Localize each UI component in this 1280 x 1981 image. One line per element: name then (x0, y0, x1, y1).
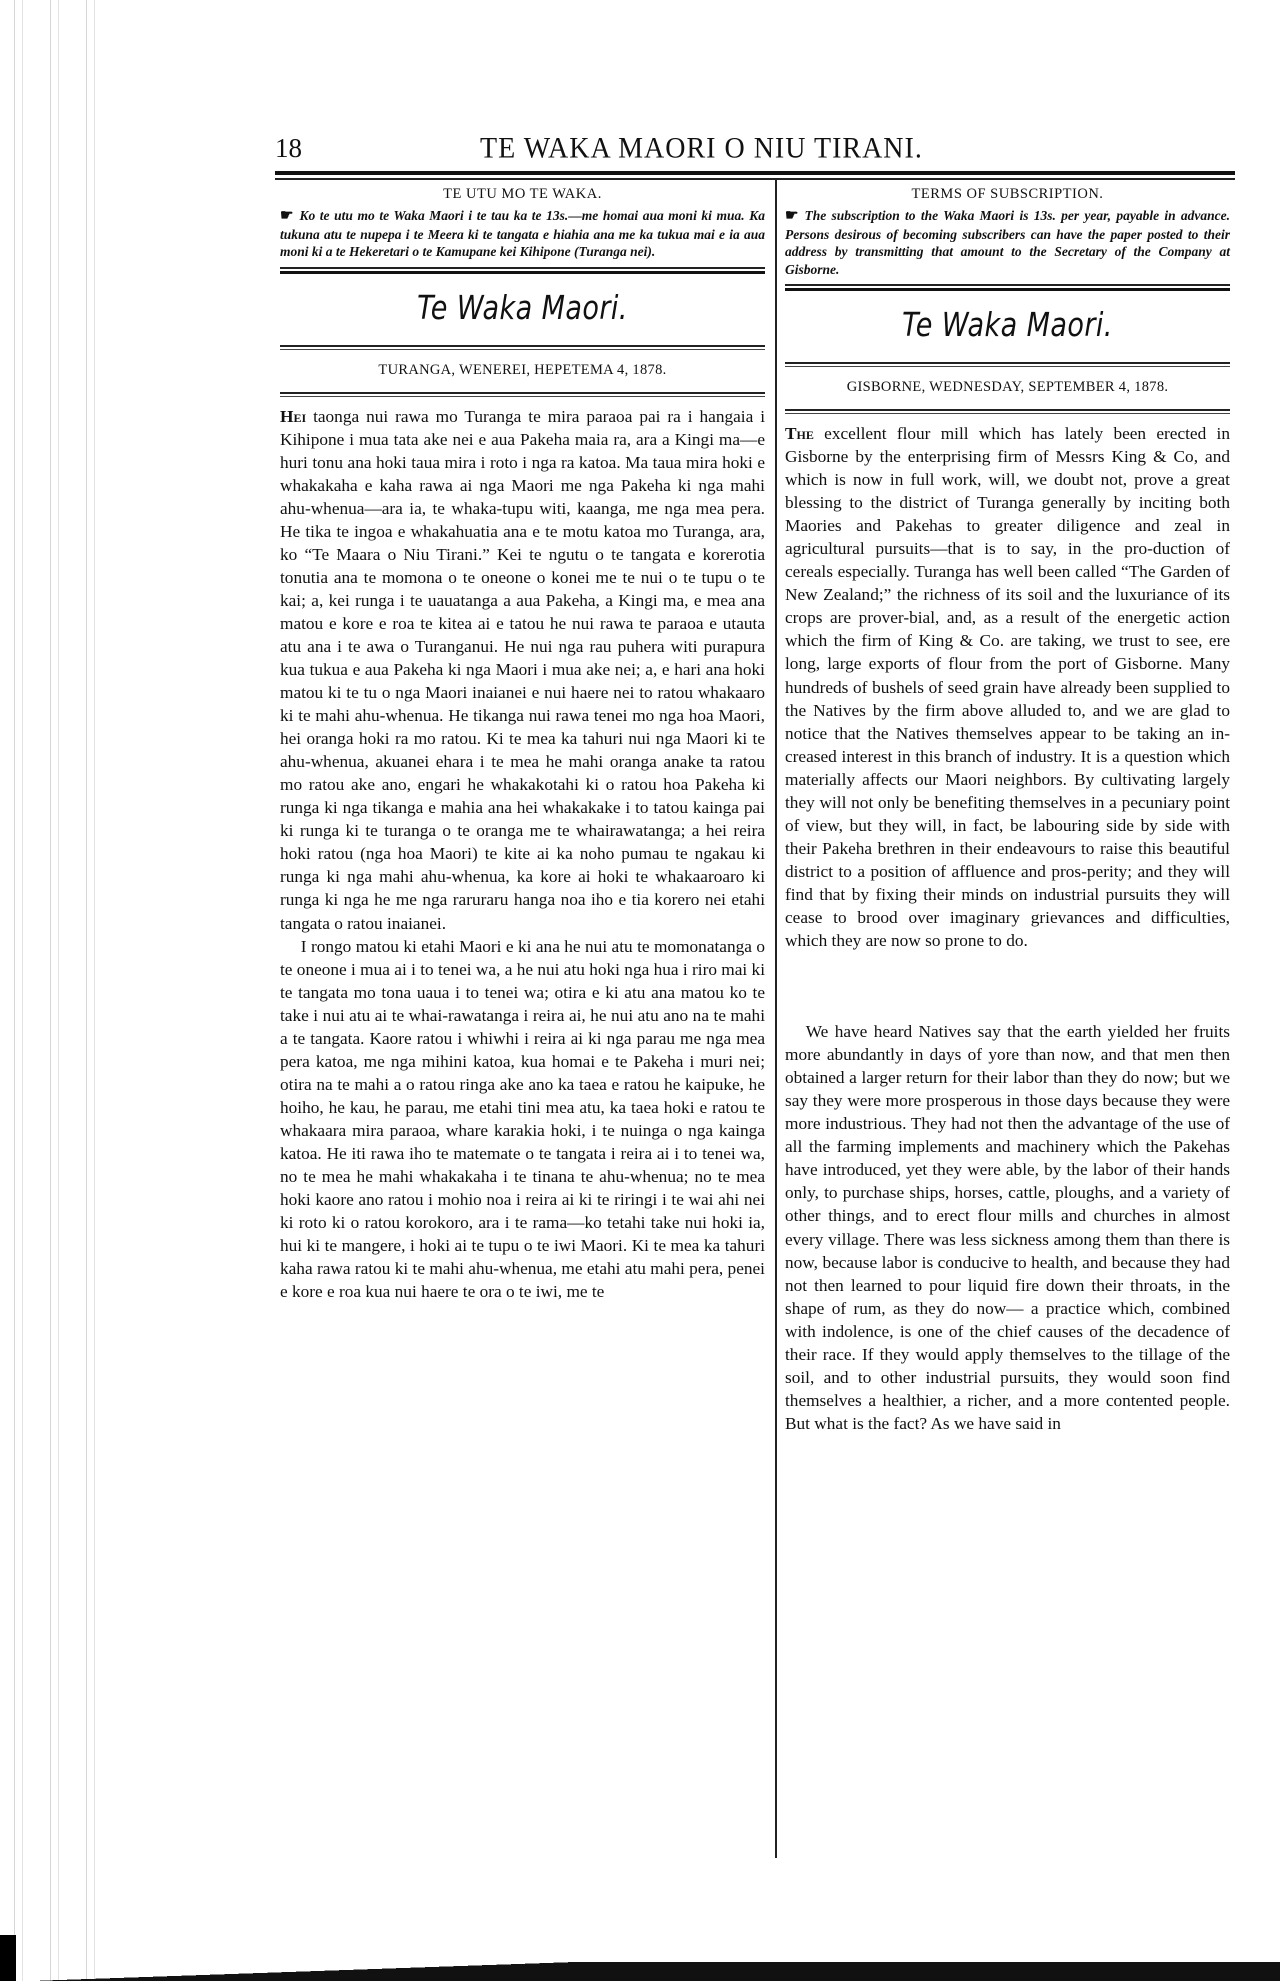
right-dateline: GISBORNE, WEDNESDAY, SEPTEMBER 4, 1878. (785, 379, 1230, 396)
left-column-maori: TE UTU MO TE WAKA. ☛Ko te utu mo te Waka… (280, 186, 765, 1303)
right-paragraph-1-text: excellent flour mill which has lately be… (785, 424, 1230, 950)
left-paragraph-1: Hei taonga nui rawa mo Turanga te mira p… (280, 405, 765, 935)
masthead-rule-thin (275, 178, 1235, 180)
left-editorial: Hei taonga nui rawa mo Turanga te mira p… (280, 405, 765, 1304)
left-lead-word: Hei (280, 407, 306, 426)
pointing-hand-icon: ☛ (785, 208, 798, 226)
scan-gutter-artifact (0, 0, 110, 1981)
left-notice-text: Ko te utu mo te Waka Maori i te tau ka t… (280, 208, 765, 259)
left-dateline-rule (280, 392, 765, 394)
page-number: 18 (275, 133, 302, 164)
scan-corner-artifact (0, 1935, 16, 1981)
right-notice-title: TERMS OF SUBSCRIPTION. (785, 186, 1230, 203)
left-notice-title: TE UTU MO TE WAKA. (280, 186, 765, 203)
column-divider (775, 178, 777, 1858)
right-paragraph-1: The excellent flour mill which has latel… (785, 422, 1230, 952)
left-notice-rule (280, 267, 765, 269)
scan-bottom-edge (40, 1962, 1280, 1981)
right-subscription-notice: ☛The subscription to the Waka Maori is 1… (785, 207, 1230, 278)
right-paragraph-2: We have heard Natives say that the earth… (785, 1020, 1230, 1435)
left-paragraph-1-text: taonga nui rawa mo Turanga te mira parao… (280, 407, 765, 933)
pointing-hand-icon: ☛ (280, 208, 293, 226)
right-editorial: The excellent flour mill which has latel… (785, 422, 1230, 1435)
paragraph-gap (785, 952, 1230, 1020)
right-title-rule (785, 362, 1230, 364)
right-column-english: TERMS OF SUBSCRIPTION. ☛The subscription… (785, 186, 1230, 1435)
right-dateline-rule (785, 409, 1230, 411)
right-lead-word: The (785, 424, 814, 443)
right-notice-text: The subscription to the Waka Maori is 13… (785, 208, 1230, 277)
masthead-rule-thick (275, 171, 1235, 175)
left-paragraph-2: I rongo matou ki etahi Maori e ki ana he… (280, 935, 765, 1304)
left-dateline: TURANGA, WENEREI, HEPETEMA 4, 1878. (280, 362, 765, 379)
right-paper-title: Te Waka Maori. (825, 305, 1190, 344)
left-subscription-notice: ☛Ko te utu mo te Waka Maori i te tau ka … (280, 207, 765, 261)
masthead-title: TE WAKA MAORI O NIU TIRANI. (480, 132, 923, 166)
left-title-rule (280, 345, 765, 347)
left-paper-title: Te Waka Maori. (324, 288, 722, 327)
right-notice-rule (785, 284, 1230, 286)
